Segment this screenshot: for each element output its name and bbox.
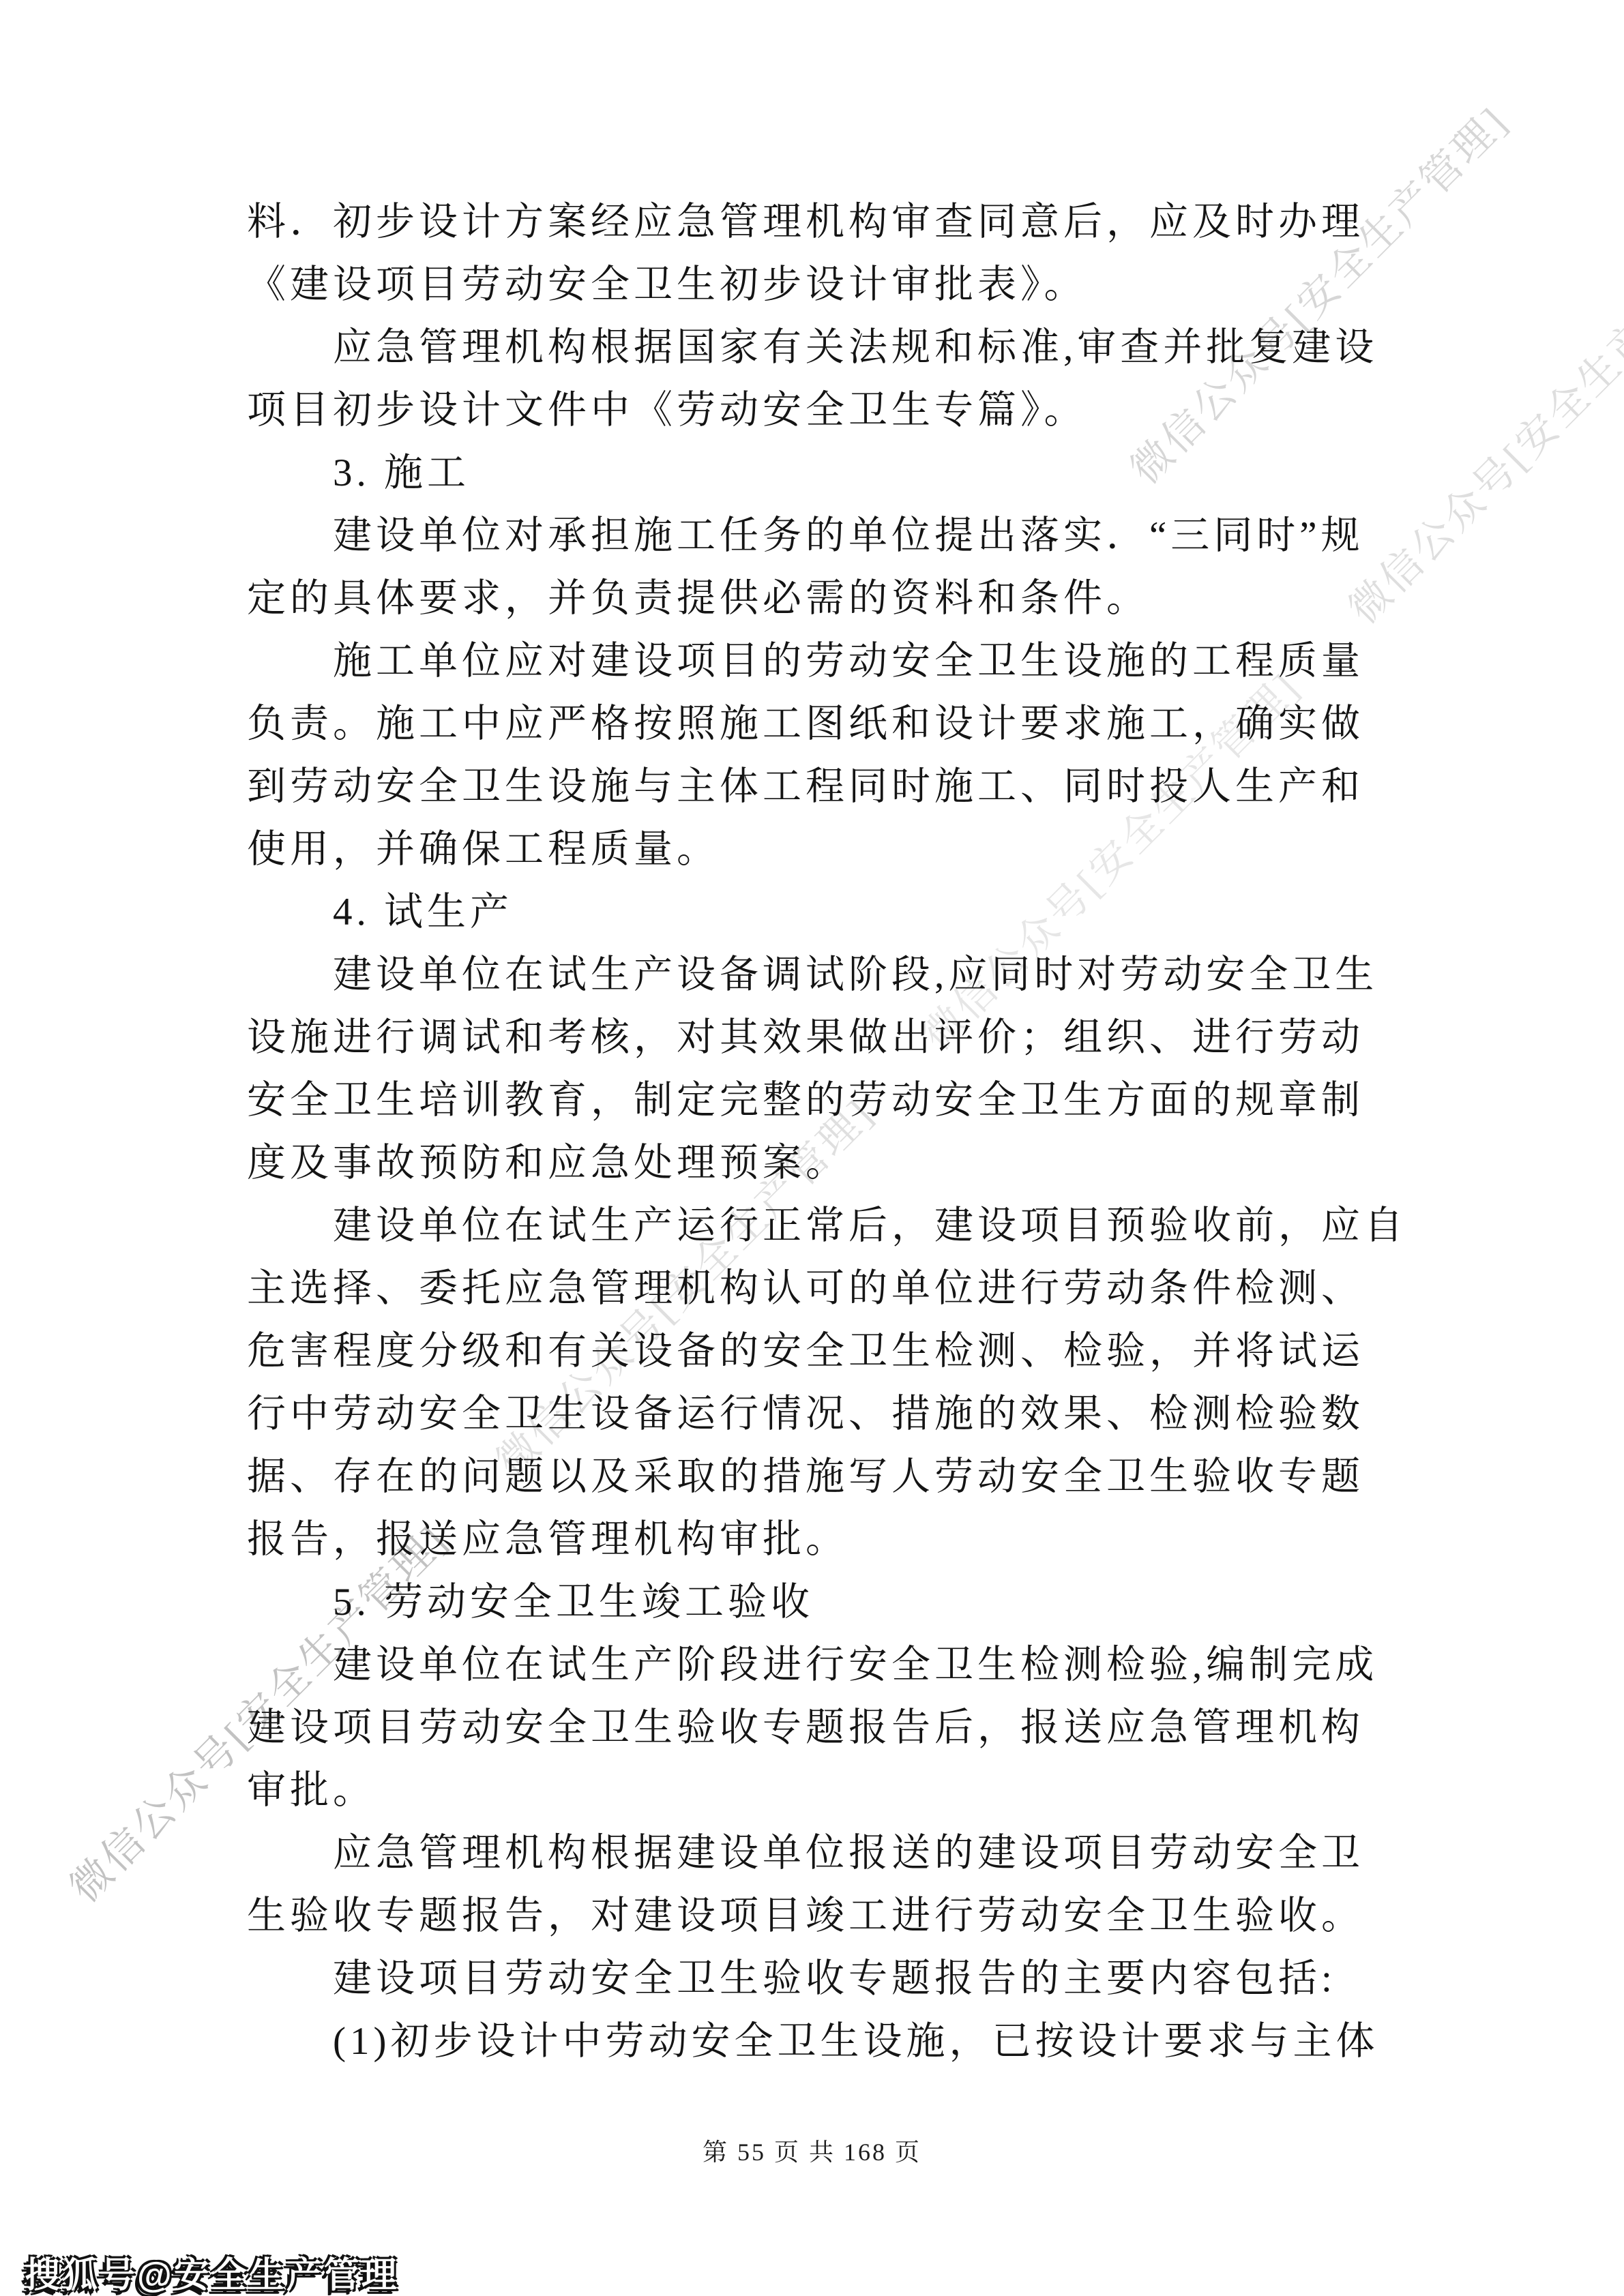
document-body: 料．初步设计方案经应急管理机构审查同意后，应及时办理 《建设项目劳动安全卫生初步… [247,191,1417,2073]
text-line: 设施进行调试和考核，对其效果做出评价；组织、进行劳动 [247,1007,1417,1069]
page-number: 第 55 页 共 168 页 [0,2133,1624,2168]
text-line: 安全卫生培训教育，制定完整的劳动安全卫生方面的规章制 [247,1069,1417,1132]
text-line: 报告，报送应急管理机构审批。 [247,1508,1417,1571]
text-line section-heading: 3. 施工 [247,442,1417,505]
text-line: 度及事故预防和应急处理预案。 [247,1132,1417,1195]
text-line: 主选择、委托应急管理机构认可的单位进行劳动条件检测、 [247,1257,1417,1320]
text-line: 建设项目劳动安全卫生验收专题报告的主要内容包括: [247,1948,1417,2010]
text-line: 建设单位在试生产设备调试阶段,应同时对劳动安全卫生 [247,944,1417,1007]
text-line section-heading: 4. 试生产 [247,881,1417,944]
text-line: 使用，并确保工程质量。 [247,818,1417,881]
text-line: 行中劳动安全卫生设备运行情况、措施的效果、检测检验数 [247,1383,1417,1446]
text-line: 到劳动安全卫生设施与主体工程同时施工、同时投人生产和 [247,756,1417,818]
text-line: (1)初步设计中劳动安全卫生设施，已按设计要求与主体 [247,2010,1417,2073]
text-line: 审批。 [247,1759,1417,1822]
text-line: 施工单位应对建设项目的劳动安全卫生设施的工程质量 [247,630,1417,693]
text-line: 生验收专题报告，对建设项目竣工进行劳动安全卫生验收。 [247,1885,1417,1948]
sohu-watermark: 搜狐号@安全生产管理 [25,2246,399,2296]
text-line section-heading: 5. 劳动安全卫生竣工验收 [247,1571,1417,1634]
text-line: 应急管理机构根据建设单位报送的建设项目劳动安全卫 [247,1822,1417,1885]
text-line: 项目初步设计文件中《劳动安全卫生专篇》。 [247,379,1417,442]
document-page: 微信公众号[安全生产管理] 微信公众号[安全生产管理] 微信公众号[安全生产管理… [0,0,1624,2296]
text-line: 应急管理机构根据国家有关法规和标准,审查并批复建设 [247,316,1417,379]
text-line: 建设单位对承担施工任务的单位提出落实．“三同时”规 [247,505,1417,567]
text-line: 料．初步设计方案经应急管理机构审查同意后，应及时办理 [247,191,1417,254]
text-line: 定的具体要求，并负责提供必需的资料和条件。 [247,567,1417,630]
text-line: 《建设项目劳动安全卫生初步设计审批表》。 [247,254,1417,316]
text-line: 负责。施工中应严格按照施工图纸和设计要求施工，确实做 [247,693,1417,756]
text-line: 建设项目劳动安全卫生验收专题报告后，报送应急管理机构 [247,1697,1417,1759]
text-line: 建设单位在试生产阶段进行安全卫生检测检验,编制完成 [247,1634,1417,1697]
text-line: 建设单位在试生产运行正常后，建设项目预验收前，应自 [247,1195,1417,1257]
text-line: 危害程度分级和有关设备的安全卫生检测、检验，并将试运 [247,1320,1417,1383]
text-line: 据、存在的问题以及采取的措施写人劳动安全卫生验收专题 [247,1446,1417,1508]
